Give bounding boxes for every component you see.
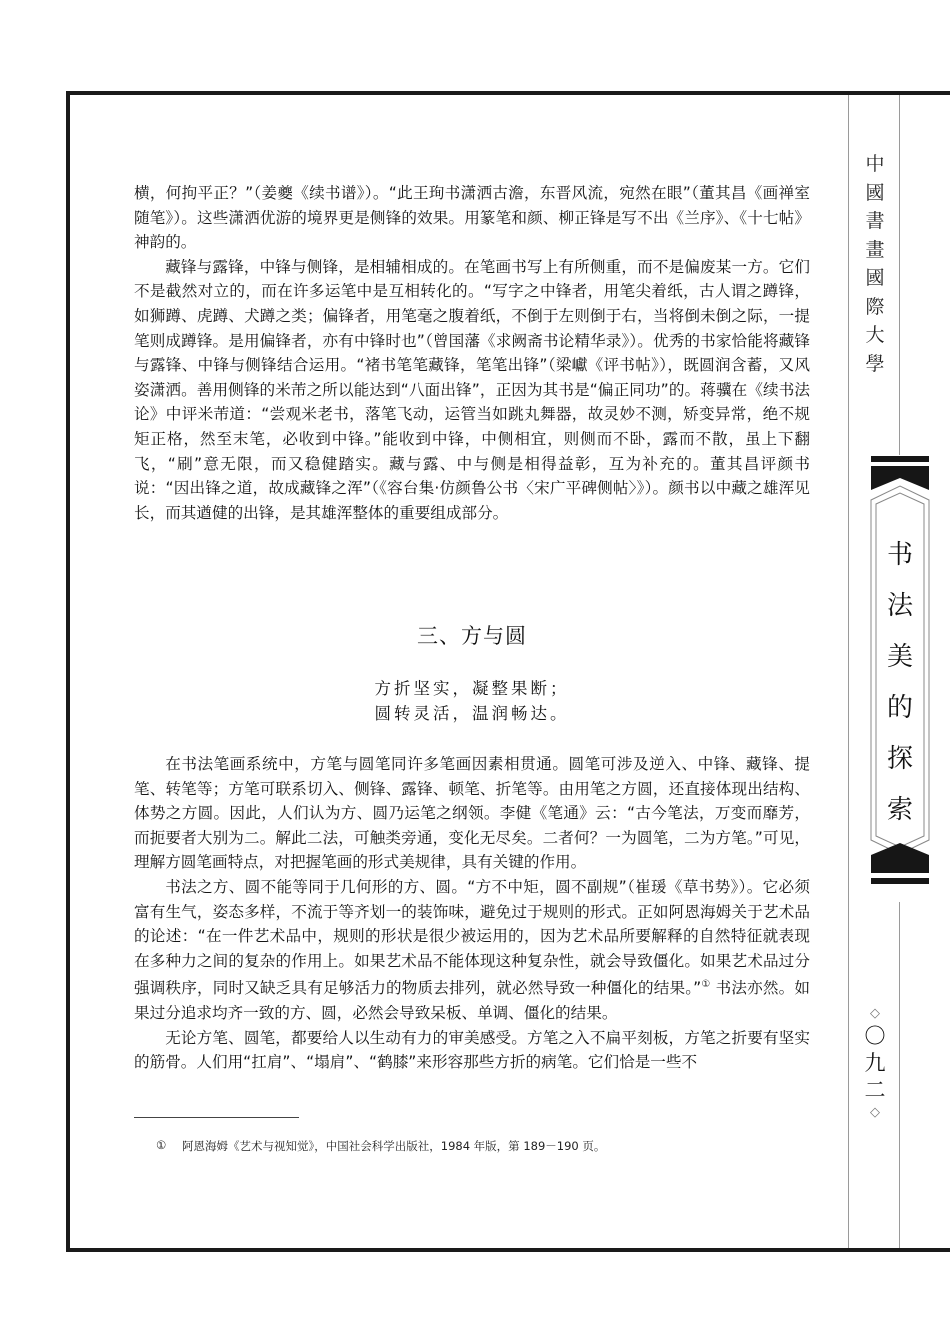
section-motto: 方折坚实，凝整果断； 圆转灵活，温润畅达。	[134, 676, 810, 726]
book-title-char: 法	[876, 581, 924, 632]
paragraph: 在书法笔画系统中，方笔与圆笔同许多笔画因素相贯通。圆笔可涉及逆入、中锋、藏锋、提…	[134, 752, 810, 875]
page-frame-bottom-border	[66, 1248, 950, 1252]
school-char: 中	[862, 150, 888, 179]
school-char: 畫	[862, 236, 888, 265]
school-name-vertical: 中 國 書 畫 國 際 大 學	[862, 150, 888, 378]
page-frame-top-border	[67, 91, 950, 95]
book-title-char: 书	[876, 530, 924, 581]
footnote-mark: ①	[156, 1138, 166, 1152]
book-title-char: 美	[876, 632, 924, 683]
page-number: ◇ 〇 九 二 ◇	[862, 1005, 888, 1122]
body-text-upper: 横，何拘平正？”（姜夔《续书谱》）。“此王珣书潇洒古澹，东晋风流，宛然在眼”（董…	[134, 181, 810, 525]
footnote-text: 阿恩海姆《艺术与视知觉》，中国社会科学出版社，1984 年版，第 189－190…	[182, 1139, 605, 1153]
diamond-ornament-icon: ◇	[862, 1104, 888, 1122]
paragraph: 书法之方、圆不能等同于几何形的方、圆。“方不中矩，圆不副规”（崔瑗《草书势》）。…	[134, 875, 810, 1026]
school-char: 際	[862, 293, 888, 322]
section-title: 三、方与圆	[134, 620, 810, 650]
school-char: 學	[862, 350, 888, 379]
page-number-digit: 二	[862, 1077, 888, 1104]
book-title-vertical: 书 法 美 的 探 索	[876, 530, 924, 836]
book-title-char: 探	[876, 734, 924, 785]
paragraph: 无论方笔、圆笔，都要给人以生动有力的审美感受。方笔之入不扁平刻板，方笔之折要有坚…	[134, 1026, 810, 1075]
school-char: 國	[862, 179, 888, 208]
motto-line: 方折坚实，凝整果断；	[134, 676, 810, 701]
footnote-separator	[134, 1117, 299, 1118]
footnote-reference[interactable]: ①	[701, 979, 710, 990]
margin-column-left-rule	[848, 95, 849, 1248]
margin-column-right-rule-upper	[899, 95, 900, 455]
page-number-digit: 〇	[862, 1023, 888, 1050]
diamond-ornament-icon: ◇	[862, 1005, 888, 1023]
margin-column-right-rule-lower	[899, 902, 900, 1248]
book-title-char: 的	[876, 683, 924, 734]
book-title-char: 索	[876, 785, 924, 836]
paragraph: 横，何拘平正？”（姜夔《续书谱》）。“此王珣书潇洒古澹，东晋风流，宛然在眼”（董…	[134, 181, 810, 255]
footnote: ① 阿恩海姆《艺术与视知觉》，中国社会科学出版社，1984 年版，第 189－1…	[182, 1138, 605, 1154]
school-char: 國	[862, 264, 888, 293]
paragraph: 藏锋与露锋，中锋与侧锋，是相辅相成的。在笔画书写上有所侧重，而不是偏废某一方。它…	[134, 255, 810, 526]
page-frame-left-border	[66, 91, 70, 1252]
motto-line: 圆转灵活，温润畅达。	[134, 701, 810, 726]
body-text-lower: 在书法笔画系统中，方笔与圆笔同许多笔画因素相贯通。圆笔可涉及逆入、中锋、藏锋、提…	[134, 752, 810, 1075]
school-char: 大	[862, 321, 888, 350]
page-number-digit: 九	[862, 1050, 888, 1077]
school-char: 書	[862, 207, 888, 236]
